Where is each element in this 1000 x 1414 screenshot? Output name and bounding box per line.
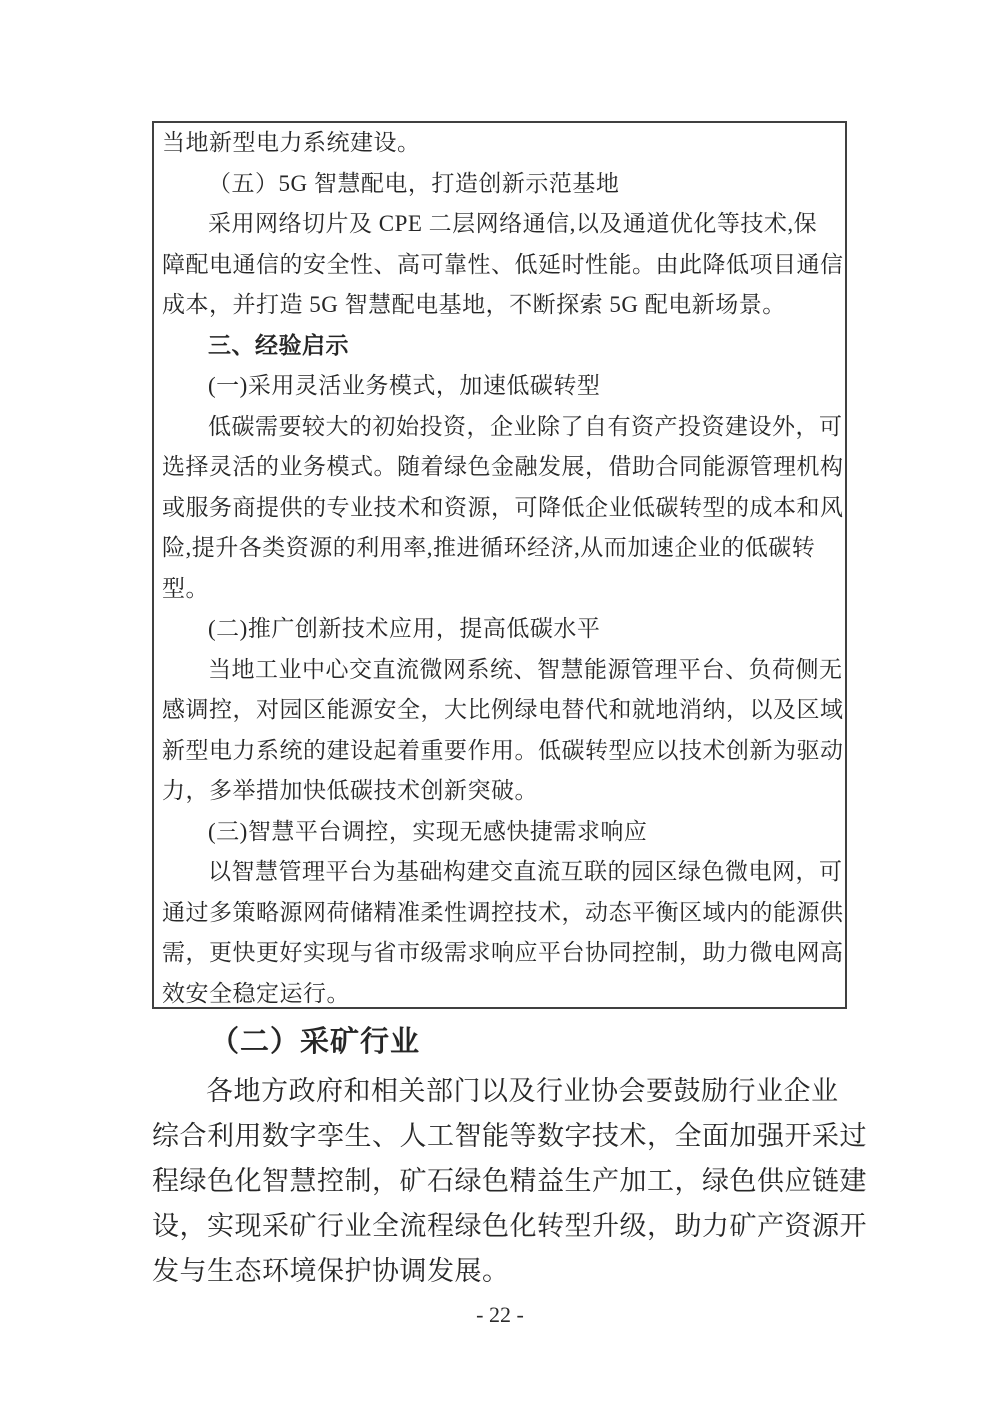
text-line: 成本，并打造 5G 智慧配电基地，不断探索 5G 配电新场景。 <box>162 285 841 326</box>
text-line: 通过多策略源网荷储精准柔性调控技术，动态平衡区域内的能源供 <box>162 893 841 934</box>
text-line: (二)推广创新技术应用，提高低碳水平 <box>162 609 841 650</box>
section-heading: （二）采矿行业 <box>152 1022 872 1062</box>
boxed-text-panel: 当地新型电力系统建设。（五）5G 智慧配电，打造创新示范基地采用网络切片及 CP… <box>152 121 847 1009</box>
text-line: （五）5G 智慧配电，打造创新示范基地 <box>162 164 841 205</box>
text-line: 障配电通信的安全性、高可靠性、低延时性能。由此降低项目通信 <box>162 245 841 286</box>
text-line: (三)智慧平台调控，实现无感快捷需求响应 <box>162 812 841 853</box>
text-line: 新型电力系统的建设起着重要作用。低碳转型应以技术创新为驱动 <box>162 731 841 772</box>
text-line: 综合利用数字孪生、人工智能等数字技术，全面加强开采过 <box>152 1114 912 1159</box>
text-line: 设，实现采矿行业全流程绿色化转型升级，助力矿产资源开 <box>152 1204 912 1249</box>
section-body: 各地方政府和相关部门以及行业协会要鼓励行业企业综合利用数字孪生、人工智能等数字技… <box>152 1069 912 1294</box>
text-line: 感调控，对园区能源安全，大比例绿电替代和就地消纳，以及区域 <box>162 690 841 731</box>
text-line: 采用网络切片及 CPE 二层网络通信,以及通道优化等技术,保 <box>162 204 841 245</box>
text-line: 或服务商提供的专业技术和资源，可降低企业低碳转型的成本和风 <box>162 488 841 529</box>
text-line: 当地新型电力系统建设。 <box>162 123 841 164</box>
text-line: 低碳需要较大的初始投资，企业除了自有资产投资建设外，可 <box>162 407 841 448</box>
text-line: 当地工业中心交直流微网系统、智慧能源管理平台、负荷侧无 <box>162 650 841 691</box>
text-line: 选择灵活的业务模式。随着绿色金融发展，借助合同能源管理机构 <box>162 447 841 488</box>
text-line: 力，多举措加快低碳技术创新突破。 <box>162 771 841 812</box>
text-line: 效安全稳定运行。 <box>162 974 841 1010</box>
text-line: 各地方政府和相关部门以及行业协会要鼓励行业企业 <box>152 1069 912 1114</box>
text-line: 型。 <box>162 569 841 610</box>
text-line: 三、经验启示 <box>162 326 841 367</box>
document-page: 当地新型电力系统建设。（五）5G 智慧配电，打造创新示范基地采用网络切片及 CP… <box>0 0 1000 1414</box>
text-line: 发与生态环境保护协调发展。 <box>152 1249 912 1294</box>
page-number: - 22 - <box>0 1300 1000 1330</box>
text-line: 以智慧管理平台为基础构建交直流互联的园区绿色微电网，可 <box>162 852 841 893</box>
text-line: 程绿色化智慧控制，矿石绿色精益生产加工，绿色供应链建 <box>152 1159 912 1204</box>
text-line: 险,提升各类资源的利用率,推进循环经济,从而加速企业的低碳转 <box>162 528 841 569</box>
text-line: 需，更快更好实现与省市级需求响应平台协同控制，助力微电网高 <box>162 933 841 974</box>
text-line: (一)采用灵活业务模式，加速低碳转型 <box>162 366 841 407</box>
